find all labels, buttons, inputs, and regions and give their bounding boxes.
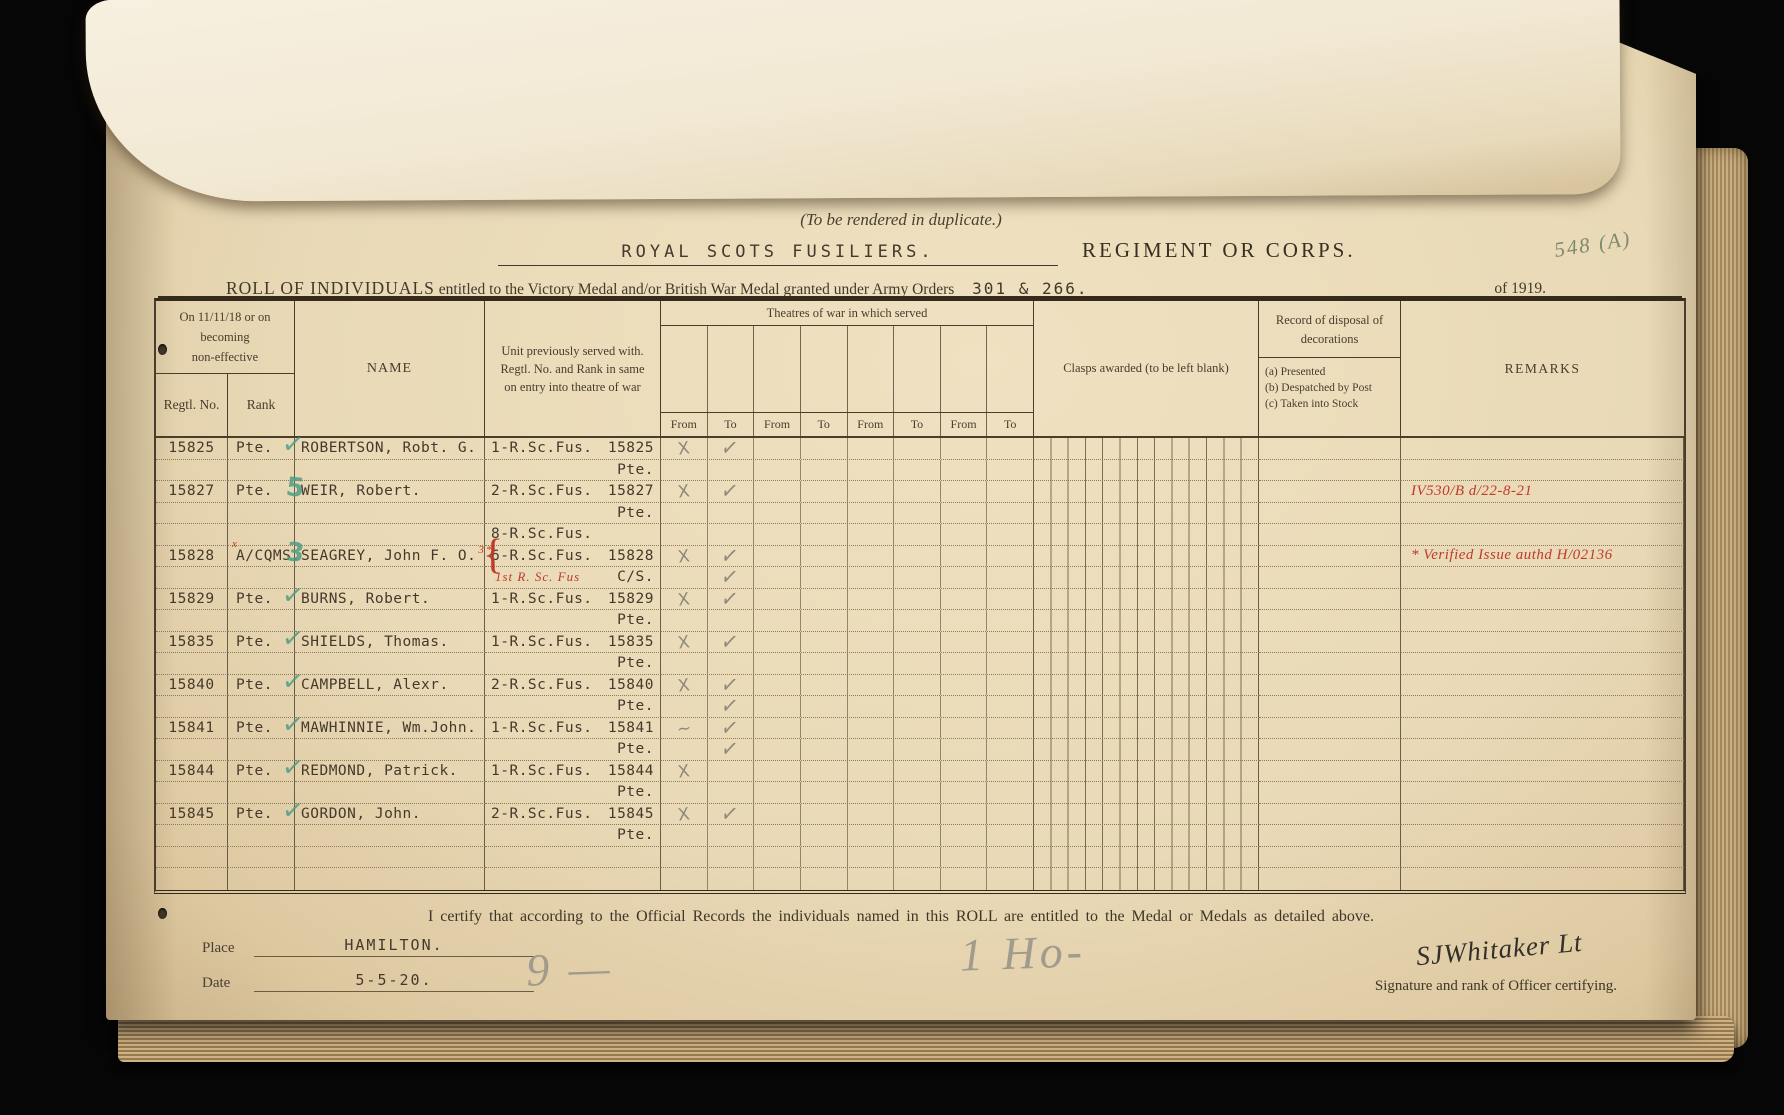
cell-regtl-no: 15845	[156, 804, 228, 826]
cell-theatres	[661, 825, 1034, 847]
regiment-name-underline: ROYAL SCOTS FUSILIERS.	[498, 242, 1058, 266]
cell-rank: Pte.✓	[228, 632, 295, 654]
red-handwritten-unit	[491, 827, 495, 843]
cell-clasps	[1034, 524, 1259, 546]
cell-clasps	[1034, 567, 1259, 589]
cell-remarks	[1401, 804, 1684, 826]
green-check-icon: 3	[284, 537, 306, 569]
cell-unit: 2-R.Sc.Fus.15840	[485, 675, 661, 697]
cell-disposal	[1259, 524, 1401, 546]
cell-regtl-no	[156, 696, 228, 718]
pencil-x-icon: X	[677, 481, 691, 502]
regiment-or-corps-label: REGIMENT OR CORPS.	[1082, 238, 1356, 262]
red-handwritten-unit	[491, 505, 495, 521]
cell-theatres: X	[661, 761, 1034, 783]
table-row: Pte.	[156, 610, 1684, 632]
table-row	[156, 868, 1684, 890]
pencil-x-icon	[682, 611, 685, 630]
officer-signature: SJWhitaker Lt	[1415, 927, 1584, 972]
header-from: From	[754, 413, 801, 436]
cell-name: MAWHINNIE, Wm.John.	[295, 718, 485, 740]
cell-clasps	[1034, 718, 1259, 740]
cell-clasps	[1034, 761, 1259, 783]
table-row: Pte. ✓	[156, 696, 1684, 718]
cell-remarks	[1401, 460, 1684, 482]
cell-regtl-no: 15827	[156, 481, 228, 503]
table-row: 15844 Pte.✓ REDMOND, Patrick. 1-R.Sc.Fus…	[156, 761, 1684, 783]
date-value: 5-5-20.	[355, 971, 432, 989]
cell-name	[295, 696, 485, 718]
header-remarks: REMARKS	[1401, 301, 1684, 436]
cell-name	[295, 825, 485, 847]
cell-unit: Pte.	[485, 696, 661, 718]
cell-clasps	[1034, 438, 1259, 460]
cell-regtl-no	[156, 847, 228, 869]
cell-unit: Pte.	[485, 825, 661, 847]
cell-name: ROBERTSON, Robt. G.	[295, 438, 485, 460]
cell-unit: Pte.	[485, 503, 661, 525]
table-row: 15845 Pte.✓ GORDON, John. 2-R.Sc.Fus.158…	[156, 804, 1684, 826]
roll-title-prefix: ROLL OF INDIVIDUALS	[226, 278, 435, 298]
cell-name	[295, 868, 485, 890]
book-bottom-edge	[118, 1016, 1734, 1062]
cell-disposal	[1259, 718, 1401, 740]
cell-unit: Pte.	[485, 460, 661, 482]
cell-theatres: X ✓	[661, 632, 1034, 654]
cell-rank: Pte.✓	[228, 589, 295, 611]
place-value: HAMILTON.	[344, 936, 443, 954]
cell-name	[295, 653, 485, 675]
red-annotation: x	[232, 538, 237, 550]
header-to: To	[894, 413, 941, 436]
green-check-icon: 5	[284, 472, 306, 504]
pencil-x-icon	[682, 461, 685, 480]
cell-remarks	[1401, 610, 1684, 632]
red-handwritten-unit	[491, 698, 495, 714]
green-check-icon: ✓	[280, 665, 305, 697]
pencil-x-icon: X	[677, 761, 691, 782]
table-row: 15827 Pte.5 WEIR, Robert. 2-R.Sc.Fus.158…	[156, 481, 1684, 503]
header-to: To	[708, 413, 755, 436]
table-row: 15829 Pte.✓ BURNS, Robert. 1-R.Sc.Fus.15…	[156, 589, 1684, 611]
green-check-icon: ✓	[280, 794, 305, 826]
cell-theatres: X ✓	[661, 438, 1034, 460]
cell-theatres: ✓	[661, 567, 1034, 589]
cell-rank	[228, 503, 295, 525]
cell-regtl-no: 15841	[156, 718, 228, 740]
table-row: Pte. ✓	[156, 739, 1684, 761]
cell-unit: Pte.	[485, 739, 661, 761]
table-row: Pte.	[156, 503, 1684, 525]
pencil-check-icon	[727, 499, 733, 523]
cell-disposal	[1259, 739, 1401, 761]
table-row: Pte.	[156, 782, 1684, 804]
cell-regtl-no	[156, 868, 228, 890]
header-theatres-group: Theatres of war in which served From To …	[661, 301, 1034, 436]
cell-clasps	[1034, 610, 1259, 632]
cell-remarks	[1401, 632, 1684, 654]
cell-name: GORDON, John.	[295, 804, 485, 826]
cell-regtl-no	[156, 739, 228, 761]
cell-disposal	[1259, 546, 1401, 568]
certification-statement: I certify that according to the Official…	[106, 908, 1696, 926]
red-handwritten-unit	[593, 591, 597, 607]
pencil-check-icon	[727, 757, 733, 781]
cell-unit: 1-R.Sc.Fus.15835	[485, 632, 661, 654]
red-handwritten-unit	[593, 440, 597, 456]
cell-remarks	[1401, 567, 1684, 589]
roll-title: ROLL OF INDIVIDUALS entitled to the Vict…	[226, 278, 1666, 299]
cell-rank: Pte.5	[228, 481, 295, 503]
header-effective-group: On 11/11/18 or on becoming non-effective…	[156, 301, 295, 436]
regiment-line: ROYAL SCOTS FUSILIERS.REGIMENT OR CORPS.	[498, 238, 1356, 266]
red-remark-text: IV530/B d/22-8-21	[1411, 483, 1532, 500]
cell-name: SHIELDS, Thomas.	[295, 632, 485, 654]
cell-unit: 1st R. Sc. FusC/S.	[485, 567, 661, 589]
header-theatres-title: Theatres of war in which served	[661, 301, 1033, 326]
cell-regtl-no: 15844	[156, 761, 228, 783]
cell-name	[295, 610, 485, 632]
cell-theatres: X ✓	[661, 675, 1034, 697]
cell-rank: Pte.✓	[228, 438, 295, 460]
header-disposal: Record of disposal of decorations (a) Pr…	[1259, 301, 1401, 436]
cell-theatres	[661, 460, 1034, 482]
cell-disposal	[1259, 868, 1401, 890]
pencil-x-icon: X	[677, 675, 691, 696]
table-row	[156, 847, 1684, 869]
cell-regtl-no: 15825	[156, 438, 228, 460]
pencil-check-icon	[727, 821, 733, 845]
cell-regtl-no	[156, 460, 228, 482]
cell-remarks	[1401, 761, 1684, 783]
cell-clasps	[1034, 503, 1259, 525]
red-handwritten-unit	[593, 763, 597, 779]
cell-regtl-no	[156, 825, 228, 847]
cell-remarks	[1401, 438, 1684, 460]
medal-roll-book-photo: (To be rendered in duplicate.) ROYAL SCO…	[0, 0, 1784, 1115]
cell-theatres: ~ ✓	[661, 718, 1034, 740]
cell-clasps	[1034, 782, 1259, 804]
cell-theatres: X ✓	[661, 804, 1034, 826]
cell-remarks	[1401, 847, 1684, 869]
table-row: 15840 Pte.✓ CAMPBELL, Alexr. 2-R.Sc.Fus.…	[156, 675, 1684, 697]
green-check-icon: ✓	[280, 708, 305, 740]
cell-unit: 8-R.Sc.Fus.	[485, 524, 661, 546]
header-regtl-no: Regtl. No.	[156, 374, 228, 436]
red-handwritten-unit	[491, 741, 495, 757]
cell-unit: {6-R.Sc.Fus.15828	[485, 546, 661, 568]
pencil-x-icon	[682, 525, 685, 544]
cell-clasps	[1034, 696, 1259, 718]
cell-clasps	[1034, 804, 1259, 826]
cell-name: SEAGREY, John F. O.3*	[295, 546, 485, 568]
pencil-page-number: 548 (A)	[1553, 226, 1634, 263]
cell-rank	[228, 847, 295, 869]
cell-disposal	[1259, 589, 1401, 611]
pencil-x-icon	[682, 504, 685, 523]
table-row: 15828 A/CQMS.3x SEAGREY, John F. O.3* {6…	[156, 546, 1684, 568]
roll-year: of 1919.	[1494, 280, 1546, 298]
pencil-x-icon	[682, 740, 685, 759]
cell-theatres: X ✓	[661, 481, 1034, 503]
cell-regtl-no	[156, 567, 228, 589]
regiment-name: ROYAL SCOTS FUSILIERS.	[621, 242, 934, 262]
cell-disposal	[1259, 632, 1401, 654]
green-check-icon: ✓	[280, 579, 305, 611]
cell-clasps	[1034, 546, 1259, 568]
header-unit: Unit previously served with. Regtl. No. …	[485, 301, 661, 436]
table-header: On 11/11/18 or on becoming non-effective…	[154, 298, 1686, 438]
cell-unit: Pte.	[485, 653, 661, 675]
pencil-x-icon: X	[677, 804, 691, 825]
green-check-icon: ✓	[280, 622, 305, 654]
header-to: To	[987, 413, 1033, 436]
cell-theatres: ✓	[661, 739, 1034, 761]
cell-remarks	[1401, 696, 1684, 718]
cell-disposal	[1259, 610, 1401, 632]
red-handwritten-unit	[491, 784, 495, 800]
cell-remarks: IV530/B d/22-8-21	[1401, 481, 1684, 503]
cell-unit: 2-R.Sc.Fus.15827	[485, 481, 661, 503]
date-label: Date	[202, 975, 254, 992]
cell-regtl-no: 15840	[156, 675, 228, 697]
cell-name	[295, 524, 485, 546]
cell-clasps	[1034, 460, 1259, 482]
pencil-check-icon	[727, 864, 733, 889]
book-fore-edge	[1694, 148, 1748, 1048]
green-check-icon: ✓	[280, 429, 305, 461]
cell-unit	[485, 868, 661, 890]
header-name: NAME	[295, 301, 485, 436]
cell-remarks	[1401, 718, 1684, 740]
cell-unit: Pte.	[485, 782, 661, 804]
signature-caption: Signature and rank of Officer certifying…	[1296, 978, 1696, 995]
cell-rank: Pte.✓	[228, 804, 295, 826]
cell-unit: 1-R.Sc.Fus.15825	[485, 438, 661, 460]
cell-name	[295, 739, 485, 761]
cell-disposal	[1259, 567, 1401, 589]
cell-regtl-no	[156, 782, 228, 804]
cell-remarks	[1401, 782, 1684, 804]
cell-unit: 2-R.Sc.Fus.15845	[485, 804, 661, 826]
cell-remarks	[1401, 825, 1684, 847]
cell-name: REDMOND, Patrick.	[295, 761, 485, 783]
cell-disposal	[1259, 825, 1401, 847]
red-handwritten-unit	[593, 720, 597, 736]
medal-roll-table: On 11/11/18 or on becoming non-effective…	[154, 298, 1686, 894]
cell-unit: 1-R.Sc.Fus.15844	[485, 761, 661, 783]
pencil-x-icon: X	[677, 632, 691, 653]
cell-regtl-no: 15828	[156, 546, 228, 568]
cell-theatres	[661, 610, 1034, 632]
cell-theatres	[661, 503, 1034, 525]
cell-theatres	[661, 847, 1034, 869]
red-handwritten-unit	[593, 526, 597, 542]
place-label: Place	[202, 940, 254, 957]
pencil-x-icon	[682, 697, 685, 716]
cell-unit: 1-R.Sc.Fus.15829	[485, 589, 661, 611]
red-handwritten-unit	[593, 483, 597, 499]
cell-theatres	[661, 782, 1034, 804]
header-to: To	[801, 413, 848, 436]
cell-remarks	[1401, 503, 1684, 525]
pencil-x-icon	[682, 568, 685, 587]
cell-rank	[228, 460, 295, 482]
pencil-x-icon	[682, 654, 685, 673]
table-row: 1st R. Sc. FusC/S. ✓	[156, 567, 1684, 589]
table-row: 8-R.Sc.Fus.	[156, 524, 1684, 546]
cell-theatres: X ✓	[661, 546, 1034, 568]
cell-disposal	[1259, 696, 1401, 718]
cell-disposal	[1259, 653, 1401, 675]
cell-theatres: ✓	[661, 696, 1034, 718]
cell-name	[295, 503, 485, 525]
cell-disposal	[1259, 847, 1401, 869]
cell-unit	[485, 847, 661, 869]
pencil-x-icon	[682, 826, 685, 845]
cell-clasps	[1034, 868, 1259, 890]
table-row: Pte.	[156, 460, 1684, 482]
cell-clasps	[1034, 825, 1259, 847]
cell-name	[295, 460, 485, 482]
cell-clasps	[1034, 675, 1259, 697]
cell-remarks	[1401, 868, 1684, 890]
red-handwritten-unit	[491, 612, 495, 628]
cell-rank	[228, 524, 295, 546]
cell-clasps	[1034, 589, 1259, 611]
red-remark-text: * Verified Issue authd H/02136	[1411, 547, 1613, 564]
header-clasps: Clasps awarded (to be left blank)	[1034, 301, 1259, 436]
cell-theatres: X ✓	[661, 589, 1034, 611]
cell-regtl-no: 15835	[156, 632, 228, 654]
cell-rank: Pte.✓	[228, 675, 295, 697]
cell-remarks	[1401, 589, 1684, 611]
cell-disposal	[1259, 675, 1401, 697]
header-from: From	[661, 413, 708, 436]
red-handwritten-unit	[593, 634, 597, 650]
cell-remarks	[1401, 739, 1684, 761]
cell-remarks: * Verified Issue authd H/02136	[1401, 546, 1684, 568]
pencil-x-icon: X	[677, 546, 691, 567]
green-check-icon: ✓	[280, 751, 305, 783]
cell-name	[295, 847, 485, 869]
cell-clasps	[1034, 632, 1259, 654]
curled-previous-page	[85, 0, 1620, 202]
cell-clasps	[1034, 653, 1259, 675]
cell-rank: Pte.✓	[228, 761, 295, 783]
cell-unit: 1-R.Sc.Fus.15841	[485, 718, 661, 740]
red-handwritten-unit	[593, 806, 597, 822]
cell-disposal	[1259, 782, 1401, 804]
duplicate-note: (To be rendered in duplicate.)	[106, 210, 1696, 230]
cell-name	[295, 567, 485, 589]
cell-regtl-no: 15829	[156, 589, 228, 611]
red-handwritten-unit	[491, 655, 495, 671]
cell-regtl-no	[156, 653, 228, 675]
pencil-x-icon: ~	[675, 718, 692, 739]
red-brace: {	[483, 534, 503, 576]
red-handwritten-unit	[491, 462, 495, 478]
cell-rank: Pte.✓	[228, 718, 295, 740]
cell-rank	[228, 825, 295, 847]
cell-disposal	[1259, 761, 1401, 783]
table-body: 15825 Pte.✓ ROBERTSON, Robt. G. 1-R.Sc.F…	[154, 438, 1686, 894]
red-handwritten-unit	[593, 548, 597, 564]
table-row: Pte.	[156, 825, 1684, 847]
cell-unit: Pte.	[485, 610, 661, 632]
cell-remarks	[1401, 653, 1684, 675]
cell-theatres	[661, 868, 1034, 890]
cell-disposal	[1259, 804, 1401, 826]
cell-name: BURNS, Robert.	[295, 589, 485, 611]
cell-name	[295, 782, 485, 804]
table-row: Pte.	[156, 653, 1684, 675]
pencil-x-icon: X	[677, 438, 691, 459]
header-effective-label: On 11/11/18 or on becoming non-effective	[156, 301, 294, 374]
cell-disposal	[1259, 481, 1401, 503]
red-handwritten-unit	[593, 677, 597, 693]
pencil-x-icon	[682, 869, 685, 889]
cell-rank: A/CQMS.3x	[228, 546, 295, 568]
cell-disposal	[1259, 503, 1401, 525]
cell-regtl-no	[156, 524, 228, 546]
roll-title-text: entitled to the Victory Medal and/or Bri…	[439, 281, 955, 298]
cell-regtl-no	[156, 610, 228, 632]
pencil-x-icon: X	[677, 589, 691, 610]
header-from: From	[848, 413, 895, 436]
header-from: From	[941, 413, 988, 436]
table-row: 15841 Pte.✓ MAWHINNIE, Wm.John. 1-R.Sc.F…	[156, 718, 1684, 740]
cell-theatres	[661, 524, 1034, 546]
cell-clasps	[1034, 847, 1259, 869]
cell-theatres	[661, 653, 1034, 675]
cell-name: CAMPBELL, Alexr.	[295, 675, 485, 697]
pencil-x-icon	[682, 783, 685, 802]
cell-rank	[228, 868, 295, 890]
cell-clasps	[1034, 739, 1259, 761]
pencil-check-icon	[727, 843, 733, 867]
cell-disposal	[1259, 460, 1401, 482]
cell-regtl-no	[156, 503, 228, 525]
army-orders-numbers: 301 & 266.	[972, 279, 1088, 298]
cell-remarks	[1401, 675, 1684, 697]
cell-remarks	[1401, 524, 1684, 546]
red-handwritten-unit: 1st R. Sc. Fus	[491, 569, 580, 585]
table-row: 15825 Pte.✓ ROBERTSON, Robt. G. 1-R.Sc.F…	[156, 438, 1684, 460]
cell-name: WEIR, Robert.	[295, 481, 485, 503]
cell-disposal	[1259, 438, 1401, 460]
header-rank: Rank	[228, 374, 294, 436]
cell-clasps	[1034, 481, 1259, 503]
table-row: 15835 Pte.✓ SHIELDS, Thomas. 1-R.Sc.Fus.…	[156, 632, 1684, 654]
pencil-x-icon	[682, 848, 685, 867]
